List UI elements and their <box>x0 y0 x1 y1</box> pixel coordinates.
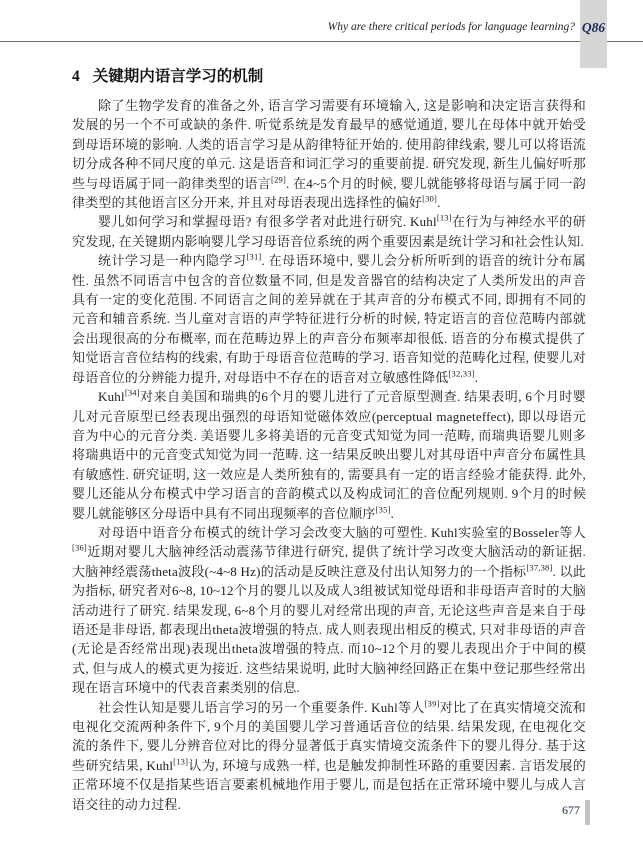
text-run: 婴儿如何学习和掌握母语? 有很多学者对此进行研究. Kuhl <box>98 214 437 229</box>
citation-ref: [39] <box>425 698 440 708</box>
text-run: . 在母语环境中, 婴儿会分析所听到的语音的统计分布属性. 虽然不同语言中包含的… <box>72 253 586 384</box>
paragraph: 对母语中语音分布模式的统计学习会改变大脑的可塑性. Kuhl实验室的Bossel… <box>72 523 586 698</box>
citation-ref: [29] <box>271 174 286 184</box>
paragraph: 除了生物学发育的准备之外, 语言学习需要有环境输入, 这是影响和决定语言获得和发… <box>72 96 586 212</box>
citation-ref: [35] <box>376 504 391 514</box>
citation-ref: [37,38] <box>526 562 552 572</box>
text-run: . <box>437 195 440 210</box>
question-tag-box: Q86 <box>580 0 607 68</box>
text-run: Kuhl <box>98 389 125 404</box>
text-run: 对来自美国和瑞典的6个月的婴儿进行了元音原型测查. 结果表明, 6个月时婴儿对元… <box>72 389 586 520</box>
text-run: 统计学习是一种内隐学习 <box>98 253 246 268</box>
citation-ref: [13] <box>173 756 188 766</box>
section-number: 4 <box>72 68 80 85</box>
citation-ref: [31] <box>246 252 261 262</box>
text-run: 社会性认知是婴儿语言学习的另一个重要条件. Kuhl等人 <box>98 700 425 715</box>
running-title: Why are there critical periods for langu… <box>328 21 575 33</box>
paragraph: 婴儿如何学习和掌握母语? 有很多学者对此进行研究. Kuhl[13]在行为与神经… <box>72 212 586 251</box>
section-title: 关键期内语言学习的机制 <box>93 68 264 85</box>
paragraph: Kuhl[34]对来自美国和瑞典的6个月的婴儿进行了元音原型测查. 结果表明, … <box>72 387 586 523</box>
footer-bar <box>585 800 590 825</box>
text-run: 对母语中语音分布模式的统计学习会改变大脑的可塑性. Kuhl实验室的Bossel… <box>98 525 586 540</box>
text-run: . 以此为指标, 研究者对6~8, 10~12个月的婴儿以及成人3组被试知觉母语… <box>72 564 586 695</box>
paragraph: 统计学习是一种内隐学习[31]. 在母语环境中, 婴儿会分析所听到的语音的统计分… <box>72 251 586 387</box>
text-run: 近期对婴儿大脑神经活动震荡节律进行研究, 提供了统计学习改变大脑活动的新证据. … <box>72 544 586 578</box>
header-rule <box>0 41 643 42</box>
paragraph: 社会性认知是婴儿语言学习的另一个重要条件. Kuhl等人[39]对比了在真实情境… <box>72 698 586 814</box>
citation-ref: [32,33] <box>449 368 475 378</box>
citation-ref: [30] <box>422 194 437 204</box>
question-tag: Q86 <box>582 20 605 36</box>
page: Why are there critical periods for langu… <box>0 0 643 846</box>
citation-ref: [36] <box>72 543 87 553</box>
citation-ref: [34] <box>125 388 140 398</box>
page-content: 4关键期内语言学习的机制 除了生物学发育的准备之外, 语言学习需要有环境输入, … <box>72 64 586 814</box>
page-number: 677 <box>0 803 580 818</box>
text-run: . <box>391 506 394 521</box>
body-paragraphs: 除了生物学发育的准备之外, 语言学习需要有环境输入, 这是影响和决定语言获得和发… <box>72 96 586 814</box>
citation-ref: [13] <box>437 213 452 223</box>
section-heading: 4关键期内语言学习的机制 <box>72 64 586 86</box>
text-run: . <box>475 370 478 385</box>
